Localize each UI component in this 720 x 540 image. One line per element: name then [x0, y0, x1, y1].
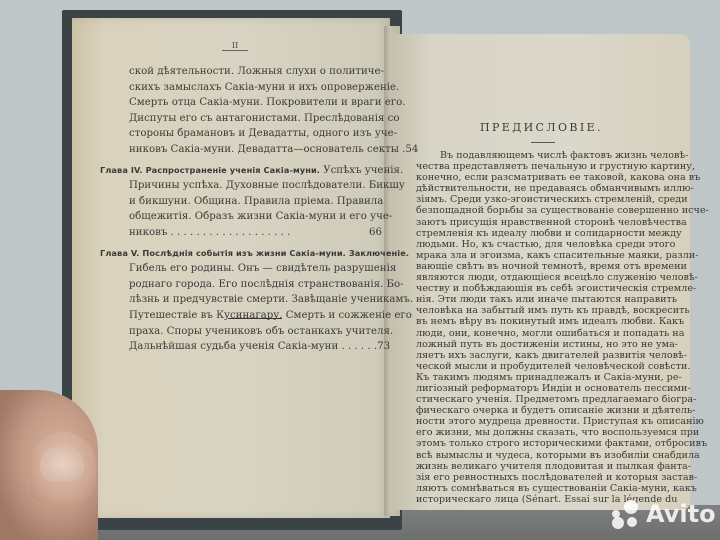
text-line: дѣйствительности, не предаваясь обманчив…	[416, 183, 666, 194]
text-line: Къ такимъ людямъ принадлежалъ и Сакiа-му…	[416, 372, 666, 383]
text-line: зiя его ревностныхъ послѣдователей и кот…	[416, 472, 666, 483]
text-line: зiямъ. Среди узко-эгоистическихъ стремле…	[416, 194, 666, 205]
text-line: ляетъ ихъ заслуги, какъ двигателей разви…	[416, 350, 666, 361]
text-line: въ немъ вѣру въ покинутый имъ идеалъ люб…	[416, 316, 666, 327]
chapter-label: Глава V. Послѣднiя событiя изъ жизни Сак…	[100, 246, 409, 262]
toc-line: Смерть отца Сакiа-муни. Покровители и вр…	[100, 95, 382, 111]
text-line: чества представляетъ печальную и грустну…	[416, 161, 666, 172]
toc-line: и бикшуни. Община. Правила прiема. Прави…	[100, 194, 382, 210]
text-line: ности этого мудреца древности. Приступая…	[416, 416, 666, 427]
text-line: заютъ присущiя нравственной сторонѣ чело…	[416, 217, 666, 228]
toc-page-number: 66	[358, 225, 382, 241]
text-line: всѣ вымыслы и чудеса, которыми въ изобил…	[416, 450, 666, 461]
text-line: нiя. Эти люди такъ или иначе пытаются на…	[416, 294, 666, 305]
toc-line: Гибель его родины. Онъ — свидѣтель разру…	[100, 261, 382, 277]
title-rule	[531, 142, 555, 143]
toc-chapter-heading: Глава IV. Распространенiе ученiя Сакiа-м…	[100, 163, 382, 179]
text-line: являются люди, отдающiеся всецѣло служен…	[416, 272, 666, 283]
page-title: ПРЕДИСЛОВIЕ.	[480, 121, 603, 134]
toc-line: Диспуты его съ антагонистами. Преслѣдова…	[100, 111, 382, 127]
text-line: лигiозный реформаторъ Индiи и основатель…	[416, 383, 666, 394]
avito-dots-icon	[612, 500, 642, 528]
toc-line: лѣзнь и предчувствiе смерти. Завѣщанiе у…	[100, 292, 382, 308]
toc-line: праха. Споры учениковъ объ останкахъ учи…	[100, 324, 382, 340]
text-line: Въ подавляющемъ числѣ фактовъ жизнь чело…	[416, 150, 666, 161]
text-line: стическаго ученiя. Предметомъ предлагаем…	[416, 394, 666, 405]
toc-line: стороны брамановъ и Девадатты, одного из…	[100, 126, 382, 142]
toc-line: Дальнѣйшая судьба ученiя Сакiа-муни . . …	[100, 339, 382, 355]
text-line: человѣка на забытый имъ путь къ правдѣ, …	[416, 305, 666, 316]
toc-line: никовъ Сакiа-муни. Девадатта—основатель …	[100, 142, 382, 158]
toc-line: Причины успѣха. Духовные послѣдователи. …	[100, 178, 382, 194]
text-line: стремленiя къ идеалу любви и солидарност…	[416, 228, 666, 239]
toc-line: скихъ замыслахъ Сакiа-муни и ихъ опровер…	[100, 80, 382, 96]
text-line: этомъ только строго историческими фактам…	[416, 438, 666, 449]
toc-line: никовъ . . . . . . . . . . . . . . . . .…	[100, 225, 382, 241]
preface-body: Въ подавляющемъ числѣ фактовъ жизнь чело…	[416, 150, 666, 505]
toc-line: роднаго города. Его послѣднiя странствов…	[100, 277, 382, 293]
watermark-text: Avito	[646, 500, 716, 528]
text-line: ляютъ сомнѣваться въ существованiи Сакiа…	[416, 483, 666, 494]
toc-page-number: 73	[377, 339, 390, 355]
toc-line: Путешествiе въ Кусинагару. Смерть и сожж…	[100, 308, 382, 324]
text-line: людьми. Но, къ счастью, для человѣка сре…	[416, 239, 666, 250]
thumbnail	[40, 446, 84, 482]
table-of-contents: ской дѣятельности. Ложныя слухи о полити…	[100, 64, 382, 355]
text-line: безпощадной борьбы за существованiе сове…	[416, 205, 666, 216]
text-line: люди, они, конечно, могли ошибаться и по…	[416, 328, 666, 339]
text-line: ческой мысли и пробудителей человѣческой…	[416, 361, 666, 372]
section-end-rule	[228, 318, 282, 319]
toc-line: общежитiя. Образъ жизни Сакiа-муни и его…	[100, 209, 382, 225]
toc-line: ской дѣятельности. Ложныя слухи о полити…	[100, 64, 382, 80]
avito-watermark: Avito	[612, 500, 716, 528]
text-line: честву и побѣждающiя въ себѣ эгоистическ…	[416, 283, 666, 294]
toc-chapter-heading: Глава V. Послѣднiя событiя изъ жизни Сак…	[100, 246, 382, 262]
text-line: конечно, если разсматривать ее таковой, …	[416, 172, 666, 183]
header-rule	[222, 50, 248, 51]
text-line: жизнь великаго учителя плодовитая и пылк…	[416, 461, 666, 472]
text-line: его жизни, мы должны сказать, что воспол…	[416, 427, 666, 438]
text-line: фическаго очерка и будетъ описанiе жизни…	[416, 405, 666, 416]
page-number: II	[232, 38, 238, 54]
chapter-label: Глава IV. Распространенiе ученiя Сакiа-м…	[100, 165, 320, 175]
text-line: ложный путь въ достиженiи истины, но это…	[416, 339, 666, 350]
text-line: вающiе свѣтъ въ ночной темнотѣ, время от…	[416, 261, 666, 272]
text-line: мрака зла и эгоизма, какъ спасительные м…	[416, 250, 666, 261]
